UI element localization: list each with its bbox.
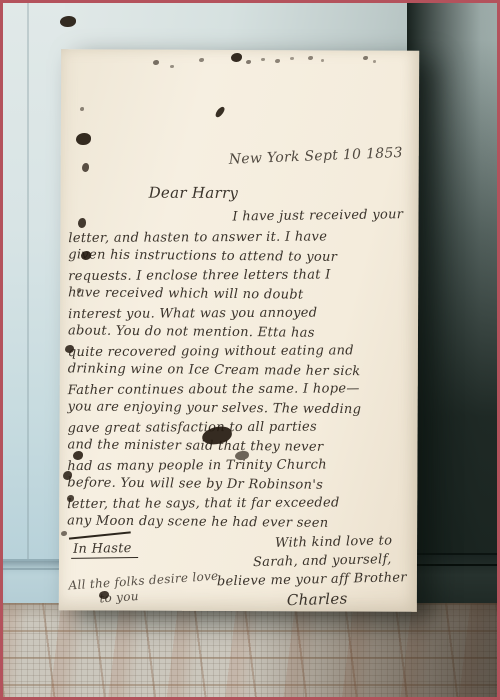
letter-salutation: Dear Harry bbox=[149, 184, 239, 202]
letter-postscript: All the folks desire loveto you bbox=[68, 569, 220, 609]
handwritten-letter: New York Sept 10 1853 Dear Harry I have … bbox=[59, 49, 419, 612]
tiled-floor bbox=[3, 603, 497, 697]
letter-dateline: New York Sept 10 1853 bbox=[228, 145, 403, 168]
letter-body: letter, and hasten to answer it. I haveg… bbox=[67, 227, 414, 533]
left-wall-panel bbox=[3, 3, 65, 559]
scene: New York Sept 10 1853 Dear Harry I have … bbox=[3, 3, 497, 697]
photo-frame: New York Sept 10 1853 Dear Harry I have … bbox=[0, 0, 500, 700]
letter-margin-note: In Haste bbox=[71, 541, 138, 559]
letter-line: any Moon day scene he had ever seen bbox=[67, 511, 413, 533]
letter-signature: Charles bbox=[287, 589, 348, 609]
letter-line: believe me your aff Brother bbox=[217, 568, 407, 591]
wall-shadow bbox=[407, 3, 497, 611]
letter-opening-line: I have just received your bbox=[232, 207, 403, 224]
